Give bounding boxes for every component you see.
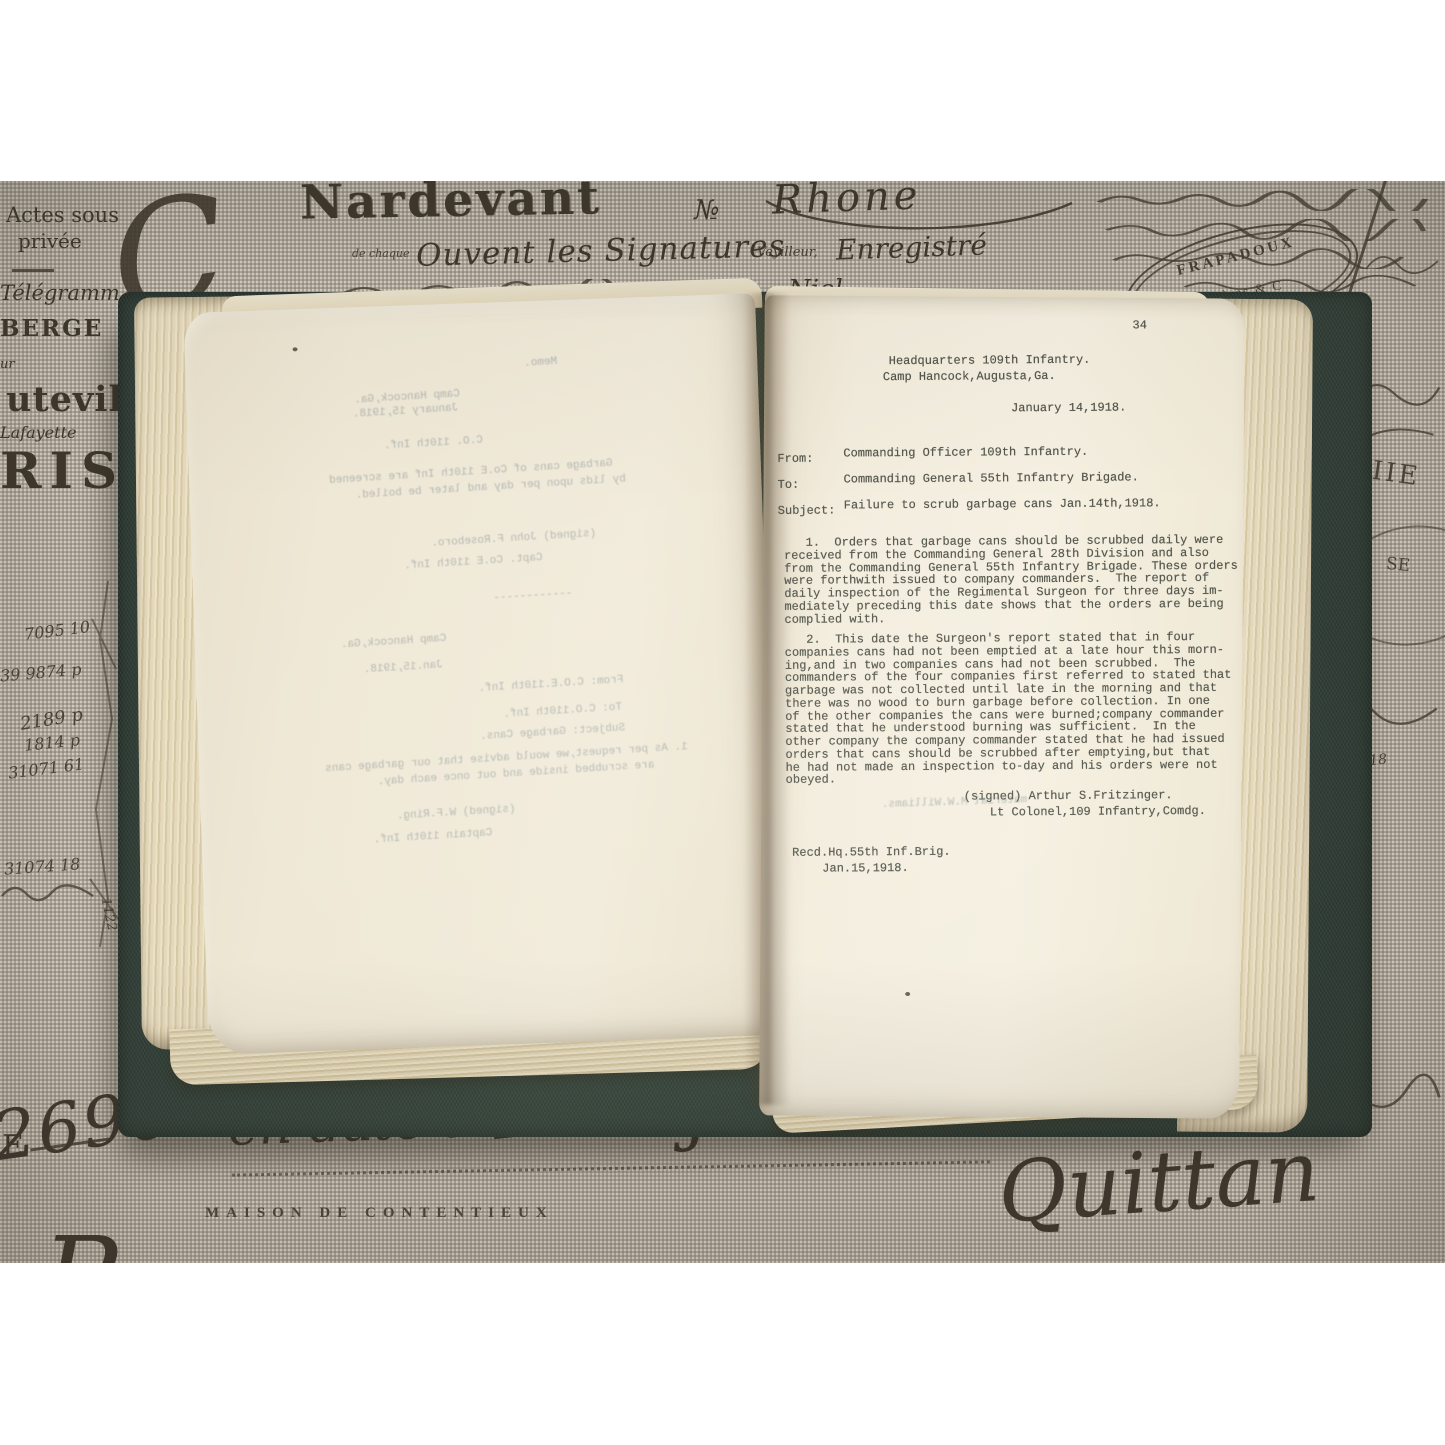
date-line: January 14,1918. [1011,401,1126,415]
letterhead-line: Camp Hancock,Augusta,Ga. [883,370,1056,384]
fabric-margin-number: 31071 61 [7,754,85,782]
received-line: Jan.15,1918. [822,862,909,875]
fabric-background: Actes sous privée Télégramm BERGE ur C u… [0,181,1445,1263]
fabric-text-de-chaque: de chaque [352,247,410,260]
fabric-margin-number: 39 9874 p [0,659,82,685]
fabric-swash-letter: R [42,1213,125,1263]
address-row: From:Commanding Officer 109th Infantry. [777,445,1227,474]
bleed-line: Jan.15,1918. [363,659,443,676]
fabric-text-ris: RIS [0,441,125,500]
fabric-text-telegramm: Télégramm [0,281,120,305]
right-page: 34 Headquarters 109th Infantry.Camp Hanc… [759,295,1245,1118]
paper-speck [905,992,910,996]
fabric-numero-symbol: № [694,195,720,226]
bleed-line: Camp Hancock,Ga. [341,633,447,651]
fabric-margin-number: 1814 p [23,730,81,755]
fabric-text-berge: BERGE [0,315,103,342]
fabric-text-maison-de-contentieux: MAISON DE CONTENTIEUX [205,1205,554,1222]
address-block: From:Commanding Officer 109th Infantry.T… [777,445,1228,526]
fabric-margin-number: 31074 18 [3,854,80,878]
fabric-dash [12,269,54,272]
letterhead-line: Headquarters 109th Infantry. [889,354,1091,368]
fabric-text-actes-sous: Actes sous [6,203,119,227]
bleed-line: (signed) John F.Roseboro. [431,528,596,550]
fabric-underline-squiggle [0,876,95,906]
rhone-underline-swash [762,189,1077,244]
bleed-line: Captain 110th Inf. [373,827,492,846]
bleed-line: Memo. [524,356,558,370]
bleed-line: ------------ [493,588,573,605]
typed-letter: 34 Headquarters 109th Infantry.Camp Hanc… [760,295,1246,1118]
fabric-blackletter-nardevant: Nardevant [300,181,603,231]
received-line: Recd.Hq.55th Inf.Brig. [792,846,951,860]
fabric-text-lafayette: Lafayette [0,423,76,442]
address-row: Subject:Failure to scrub garbage cans Ja… [778,497,1228,526]
fabric-handwriting-squiggle [1362,241,1442,281]
fabric-text-privee: privée [18,229,82,253]
fabric-script-ouvent-les-signatures: Ouvent les Signatures [416,228,786,274]
fabric-text-iie: IIE [1370,456,1422,492]
left-page: Memo.Camp Hancock,Ga.January 15,1918.C.O… [183,293,781,1055]
page-number: 34 [1132,319,1146,332]
paragraph-2: 2. This date the Surgeon's report stated… [785,631,1233,787]
bleed-line: Capt. Co.E 110th Inf. [404,552,543,572]
field-value: Failure to scrub garbage cans Jan.14th,1… [844,496,1161,512]
field-value: Commanding General 55th Infantry Brigade… [844,470,1139,486]
field-value: Commanding Officer 109th Infantry. [843,445,1088,461]
paragraph-1: 1. Orders that garbage cans should be sc… [784,534,1238,626]
fabric-text-ur: ur [0,357,15,372]
book-gutter-shadow [744,293,790,1105]
bleed-line: (signed) W.F.Ring. [397,803,516,822]
bleed-line: From: C.O.E.110th Inf. [478,674,624,695]
bleed-line: C.O. 110th Inf. [384,435,484,453]
fabric-dotted-leader [232,1160,990,1176]
bleed-line: To: C.O.110th Inf. [503,702,622,721]
signature-line: Lt Colonel,109 Infantry,Comdg. [990,805,1206,819]
fabric-margin-number: 7095 10 [23,617,91,644]
photo-canvas: Actes sous privée Télégramm BERGE ur C u… [0,0,1445,1445]
fabric-text-veyilleur: Veyilleur, [757,245,818,260]
paper-speck [292,347,297,351]
typed-line: complied with. [784,610,1238,626]
bleed-line: Subject: Garbage Cans. [480,722,626,743]
